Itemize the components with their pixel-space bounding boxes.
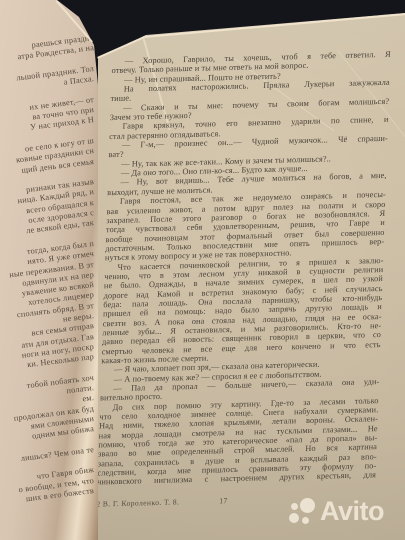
left-page: раешься праздниатра Рождества, и нальшой… bbox=[0, 0, 102, 540]
avito-logo-icon bbox=[300, 498, 315, 513]
edition-caption: 2 В. Г. Короленко. Т. 8. bbox=[96, 497, 179, 508]
avito-logo-icon bbox=[289, 513, 299, 523]
avito-logo-icon bbox=[291, 503, 298, 510]
avito-logo-icon bbox=[302, 517, 309, 524]
avito-watermark: Avito bbox=[283, 494, 405, 534]
book-photo: раешься праздниатра Рождества, и нальшой… bbox=[0, 0, 405, 540]
avito-wordmark: Avito bbox=[320, 494, 384, 528]
page-number: 17 bbox=[219, 496, 228, 505]
right-page-text: — Хорошо, Гаврило, ты хочешь, чтоб я теб… bbox=[96, 50, 391, 509]
left-page-text: раешься праздниатра Рождества, и нальшой… bbox=[0, 33, 94, 496]
